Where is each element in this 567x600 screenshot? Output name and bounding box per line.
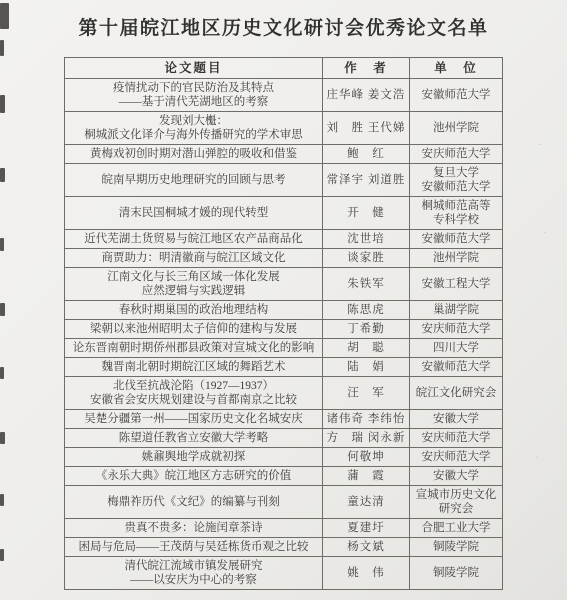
unit-cell: 铜陵学院 [410, 538, 503, 557]
scan-artifact [0, 95, 5, 113]
table-row: 姚鼐舆地学成就初探何敬坤安庆师范大学 [65, 448, 503, 467]
scan-artifact [0, 238, 4, 251]
unit-line: 复旦大学 [413, 166, 499, 180]
paper-title-line: 论东晋南朝时期侨州郡县政策对宣城文化的影响 [68, 341, 319, 355]
paper-title-line: 近代芜湖土货贸易与皖江地区农产品商品化 [68, 232, 319, 246]
author-cell: 何敬坤 [323, 448, 410, 467]
author-cell: 胡 聪 [323, 339, 410, 358]
author-cell: 诸伟奇 李纬怡 [323, 410, 410, 429]
scan-artifact [0, 40, 4, 56]
author-cell: 汪 军 [323, 377, 410, 410]
paper-title-cell: 近代芜湖土货贸易与皖江地区农产品商品化 [65, 230, 323, 249]
author-cell: 鲍 红 [323, 145, 410, 164]
paper-title-line: 贵真不贵多：论施闰章茶诗 [68, 521, 319, 535]
author-cell: 方 瑞 闵永新 [323, 429, 410, 448]
paper-title-cell: 北伐至抗战沦陷（1927—1937）安徽省会安庆规划建设与首都南京之比较 [65, 377, 323, 410]
paper-title-line: 江南文化与长三角区域一体化发展 [68, 270, 319, 284]
table-row: 清代皖江流域市镇发展研究——以安庆为中心的考察姚 伟铜陵学院 [65, 557, 503, 590]
author-cell: 常泽宇 刘道胜 [323, 164, 410, 197]
unit-cell: 复旦大学安徽师范大学 [410, 164, 503, 197]
paper-title-cell: 魏晋南北朝时期皖江区域的舞蹈艺术 [65, 358, 323, 377]
unit-cell: 安庆师范大学 [410, 320, 503, 339]
scanned-page: 第十届皖江地区历史文化研讨会优秀论文名单 论文题目 作 者 单 位 疫情扰动下的… [0, 0, 567, 600]
paper-title-cell: 贵真不贵多：论施闰章茶诗 [65, 519, 323, 538]
table-row: 发现刘大櫆：桐城派文化译介与海外传播研究的学术审思刘 胜 王代娣池州学院 [65, 112, 503, 145]
paper-title-cell: 陈望道任教省立安徽大学考略 [65, 429, 323, 448]
paper-title-line: 陈望道任教省立安徽大学考略 [68, 431, 319, 445]
author-cell: 朱铁军 [323, 268, 410, 301]
paper-title-cell: 江南文化与长三角区域一体化发展应然逻辑与实践逻辑 [65, 268, 323, 301]
papers-table: 论文题目 作 者 单 位 疫情扰动下的官民防治及其特点——基于清代芜湖地区的考察… [64, 57, 503, 590]
column-header-paper-title: 论文题目 [65, 58, 323, 79]
paper-title-cell: 清代皖江流域市镇发展研究——以安庆为中心的考察 [65, 557, 323, 590]
scan-artifact [0, 549, 4, 561]
scan-artifact [0, 168, 5, 182]
paper-title-cell: 皖南早期历史地理研究的回顾与思考 [65, 164, 323, 197]
unit-line: 安徽师范大学 [413, 180, 499, 194]
unit-line: 安庆师范大学 [413, 322, 499, 336]
scan-artifact [0, 303, 5, 316]
table-row: 黄梅戏初创时期对潜山弹腔的吸收和借鉴鲍 红安庆师范大学 [65, 145, 503, 164]
paper-title-line: 北伐至抗战沦陷（1927—1937） [68, 379, 319, 393]
unit-cell: 安徽大学 [410, 467, 503, 486]
table-row: 北伐至抗战沦陷（1927—1937）安徽省会安庆规划建设与首都南京之比较汪 军皖… [65, 377, 503, 410]
author-cell: 蒲 霞 [323, 467, 410, 486]
author-cell: 庄华峰 姜文浩 [323, 79, 410, 112]
table-row: 清末民国桐城才媛的现代转型开 健桐城师范高等专科学校 [65, 197, 503, 230]
paper-title-cell: 发现刘大櫆：桐城派文化译介与海外传播研究的学术审思 [65, 112, 323, 145]
unit-line: 安徽师范大学 [413, 232, 499, 246]
table-row: 《永乐大典》皖江地区方志研究的价值蒲 霞安徽大学 [65, 467, 503, 486]
author-cell: 夏建圩 [323, 519, 410, 538]
unit-cell: 池州学院 [410, 249, 503, 268]
papers-table-body: 疫情扰动下的官民防治及其特点——基于清代芜湖地区的考察庄华峰 姜文浩安徽师范大学… [65, 79, 503, 590]
unit-line: 安徽师范大学 [413, 360, 499, 374]
scan-artifact [0, 432, 5, 444]
paper-title-line: 魏晋南北朝时期皖江区域的舞蹈艺术 [68, 360, 319, 374]
unit-line: 铜陵学院 [413, 540, 499, 554]
unit-line: 安徽大学 [413, 412, 499, 426]
paper-title-cell: 梁朝以来池州昭明太子信仰的建构与发展 [65, 320, 323, 339]
paper-title-line: 皖南早期历史地理研究的回顾与思考 [68, 173, 319, 187]
paper-title-line: ——以安庆为中心的考察 [68, 573, 319, 587]
unit-line: 安徽大学 [413, 469, 499, 483]
column-header-unit: 单 位 [410, 58, 503, 79]
unit-cell: 安徽工程大学 [410, 268, 503, 301]
unit-line: 桐城师范高等 [413, 199, 499, 213]
paper-title-line: 清末民国桐城才媛的现代转型 [68, 206, 319, 220]
unit-cell: 安徽师范大学 [410, 358, 503, 377]
unit-cell: 安徽大学 [410, 410, 503, 429]
author-cell: 陆 娟 [323, 358, 410, 377]
unit-line: 安徽师范大学 [413, 88, 499, 102]
scan-artifact [0, 494, 4, 506]
paper-title-line: 安徽省会安庆规划建设与首都南京之比较 [68, 393, 319, 407]
unit-line: 安庆师范大学 [413, 450, 499, 464]
paper-title-cell: 论东晋南朝时期侨州郡县政策对宣城文化的影响 [65, 339, 323, 358]
unit-line: 专科学校 [413, 213, 499, 227]
paper-title-line: 姚鼐舆地学成就初探 [68, 450, 319, 464]
paper-title-cell: 商贾助力：明清徽商与皖江区域文化 [65, 249, 323, 268]
paper-title-line: 疫情扰动下的官民防治及其特点 [68, 81, 319, 95]
author-cell: 刘 胜 王代娣 [323, 112, 410, 145]
unit-line: 研究会 [413, 502, 499, 516]
unit-line: 池州学院 [413, 121, 499, 135]
table-row: 春秋时期巢国的政治地理结构陈思虎巢湖学院 [65, 301, 503, 320]
author-cell: 姚 伟 [323, 557, 410, 590]
paper-title-line: ——基于清代芜湖地区的考察 [68, 95, 319, 109]
scan-artifact [0, 367, 4, 379]
paper-title-line: 应然逻辑与实践逻辑 [68, 284, 319, 298]
paper-title-cell: 姚鼐舆地学成就初探 [65, 448, 323, 467]
unit-cell: 宣城市历史文化研究会 [410, 486, 503, 519]
paper-title-line: 《永乐大典》皖江地区方志研究的价值 [68, 469, 319, 483]
unit-line: 宣城市历史文化 [413, 488, 499, 502]
scan-artifact: · [535, 452, 538, 463]
table-row: 江南文化与长三角区域一体化发展应然逻辑与实践逻辑朱铁军安徽工程大学 [65, 268, 503, 301]
paper-title-line: 黄梅戏初创时期对潜山弹腔的吸收和借鉴 [68, 147, 319, 161]
paper-title-line: 梁朝以来池州昭明太子信仰的建构与发展 [68, 322, 319, 336]
unit-line: 铜陵学院 [413, 566, 499, 580]
unit-line: 皖江文化研究会 [413, 386, 499, 400]
table-header-row: 论文题目 作 者 单 位 [65, 58, 503, 79]
unit-cell: 巢湖学院 [410, 301, 503, 320]
paper-title-cell: 春秋时期巢国的政治地理结构 [65, 301, 323, 320]
unit-line: 安徽工程大学 [413, 277, 499, 291]
unit-cell: 铜陵学院 [410, 557, 503, 590]
table-row: 魏晋南北朝时期皖江区域的舞蹈艺术陆 娟安徽师范大学 [65, 358, 503, 377]
table-row: 近代芜湖土货贸易与皖江地区农产品商品化沈世培安徽师范大学 [65, 230, 503, 249]
unit-cell: 池州学院 [410, 112, 503, 145]
unit-cell: 安徽师范大学 [410, 230, 503, 249]
unit-cell: 合肥工业大学 [410, 519, 503, 538]
table-row: 皖南早期历史地理研究的回顾与思考常泽宇 刘道胜复旦大学安徽师范大学 [65, 164, 503, 197]
paper-title-line: 清代皖江流域市镇发展研究 [68, 559, 319, 573]
paper-title-cell: 黄梅戏初创时期对潜山弹腔的吸收和借鉴 [65, 145, 323, 164]
scan-artifact [0, 3, 9, 29]
paper-title-cell: 《永乐大典》皖江地区方志研究的价值 [65, 467, 323, 486]
paper-title-line: 发现刘大櫆： [68, 114, 319, 128]
page-title: 第十届皖江地区历史文化研讨会优秀论文名单 [0, 13, 567, 40]
table-row: 吴楚分疆第一州——国家历史文化名城安庆诸伟奇 李纬怡安徽大学 [65, 410, 503, 429]
column-header-author: 作 者 [323, 58, 410, 79]
table-row: 论东晋南朝时期侨州郡县政策对宣城文化的影响胡 聪四川大学 [65, 339, 503, 358]
unit-cell: 安庆师范大学 [410, 429, 503, 448]
unit-line: 池州学院 [413, 251, 499, 265]
author-cell: 杨文斌 [323, 538, 410, 557]
author-cell: 沈世培 [323, 230, 410, 249]
table-row: 梁朝以来池州昭明太子信仰的建构与发展丁希勤安庆师范大学 [65, 320, 503, 339]
paper-title-cell: 清末民国桐城才媛的现代转型 [65, 197, 323, 230]
paper-title-cell: 梅鼎祚历代《文纪》的编纂与刊刻 [65, 486, 323, 519]
unit-cell: 皖江文化研究会 [410, 377, 503, 410]
unit-cell: 安庆师范大学 [410, 145, 503, 164]
paper-title-cell: 吴楚分疆第一州——国家历史文化名城安庆 [65, 410, 323, 429]
author-cell: 童达清 [323, 486, 410, 519]
table-row: 梅鼎祚历代《文纪》的编纂与刊刻童达清宣城市历史文化研究会 [65, 486, 503, 519]
unit-cell: 四川大学 [410, 339, 503, 358]
paper-title-line: 吴楚分疆第一州——国家历史文化名城安庆 [68, 412, 319, 426]
paper-title-line: 商贾助力：明清徽商与皖江区域文化 [68, 251, 319, 265]
unit-cell: 安庆师范大学 [410, 448, 503, 467]
table-row: 疫情扰动下的官民防治及其特点——基于清代芜湖地区的考察庄华峰 姜文浩安徽师范大学 [65, 79, 503, 112]
paper-title-line: 桐城派文化译介与海外传播研究的学术审思 [68, 128, 319, 142]
paper-title-line: 春秋时期巢国的政治地理结构 [68, 303, 319, 317]
table-row: 贵真不贵多：论施闰章茶诗夏建圩合肥工业大学 [65, 519, 503, 538]
unit-line: 四川大学 [413, 341, 499, 355]
table-row: 陈望道任教省立安徽大学考略方 瑞 闵永新安庆师范大学 [65, 429, 503, 448]
unit-cell: 安徽师范大学 [410, 79, 503, 112]
paper-title-cell: 疫情扰动下的官民防治及其特点——基于清代芜湖地区的考察 [65, 79, 323, 112]
unit-line: 安庆师范大学 [413, 147, 499, 161]
paper-title-cell: 困局与危局——王茂荫与吴廷栋货币观之比较 [65, 538, 323, 557]
author-cell: 谈家胜 [323, 249, 410, 268]
unit-line: 合肥工业大学 [413, 521, 499, 535]
author-cell: 陈思虎 [323, 301, 410, 320]
table-row: 困局与危局——王茂荫与吴廷栋货币观之比较杨文斌铜陵学院 [65, 538, 503, 557]
scan-artifact: · [538, 140, 541, 151]
author-cell: 开 健 [323, 197, 410, 230]
scan-artifact: · [541, 228, 548, 239]
unit-line: 安庆师范大学 [413, 431, 499, 445]
unit-cell: 桐城师范高等专科学校 [410, 197, 503, 230]
table-row: 商贾助力：明清徽商与皖江区域文化谈家胜池州学院 [65, 249, 503, 268]
author-cell: 丁希勤 [323, 320, 410, 339]
paper-title-line: 困局与危局——王茂荫与吴廷栋货币观之比较 [68, 540, 319, 554]
paper-title-line: 梅鼎祚历代《文纪》的编纂与刊刻 [68, 495, 319, 509]
unit-line: 巢湖学院 [413, 303, 499, 317]
